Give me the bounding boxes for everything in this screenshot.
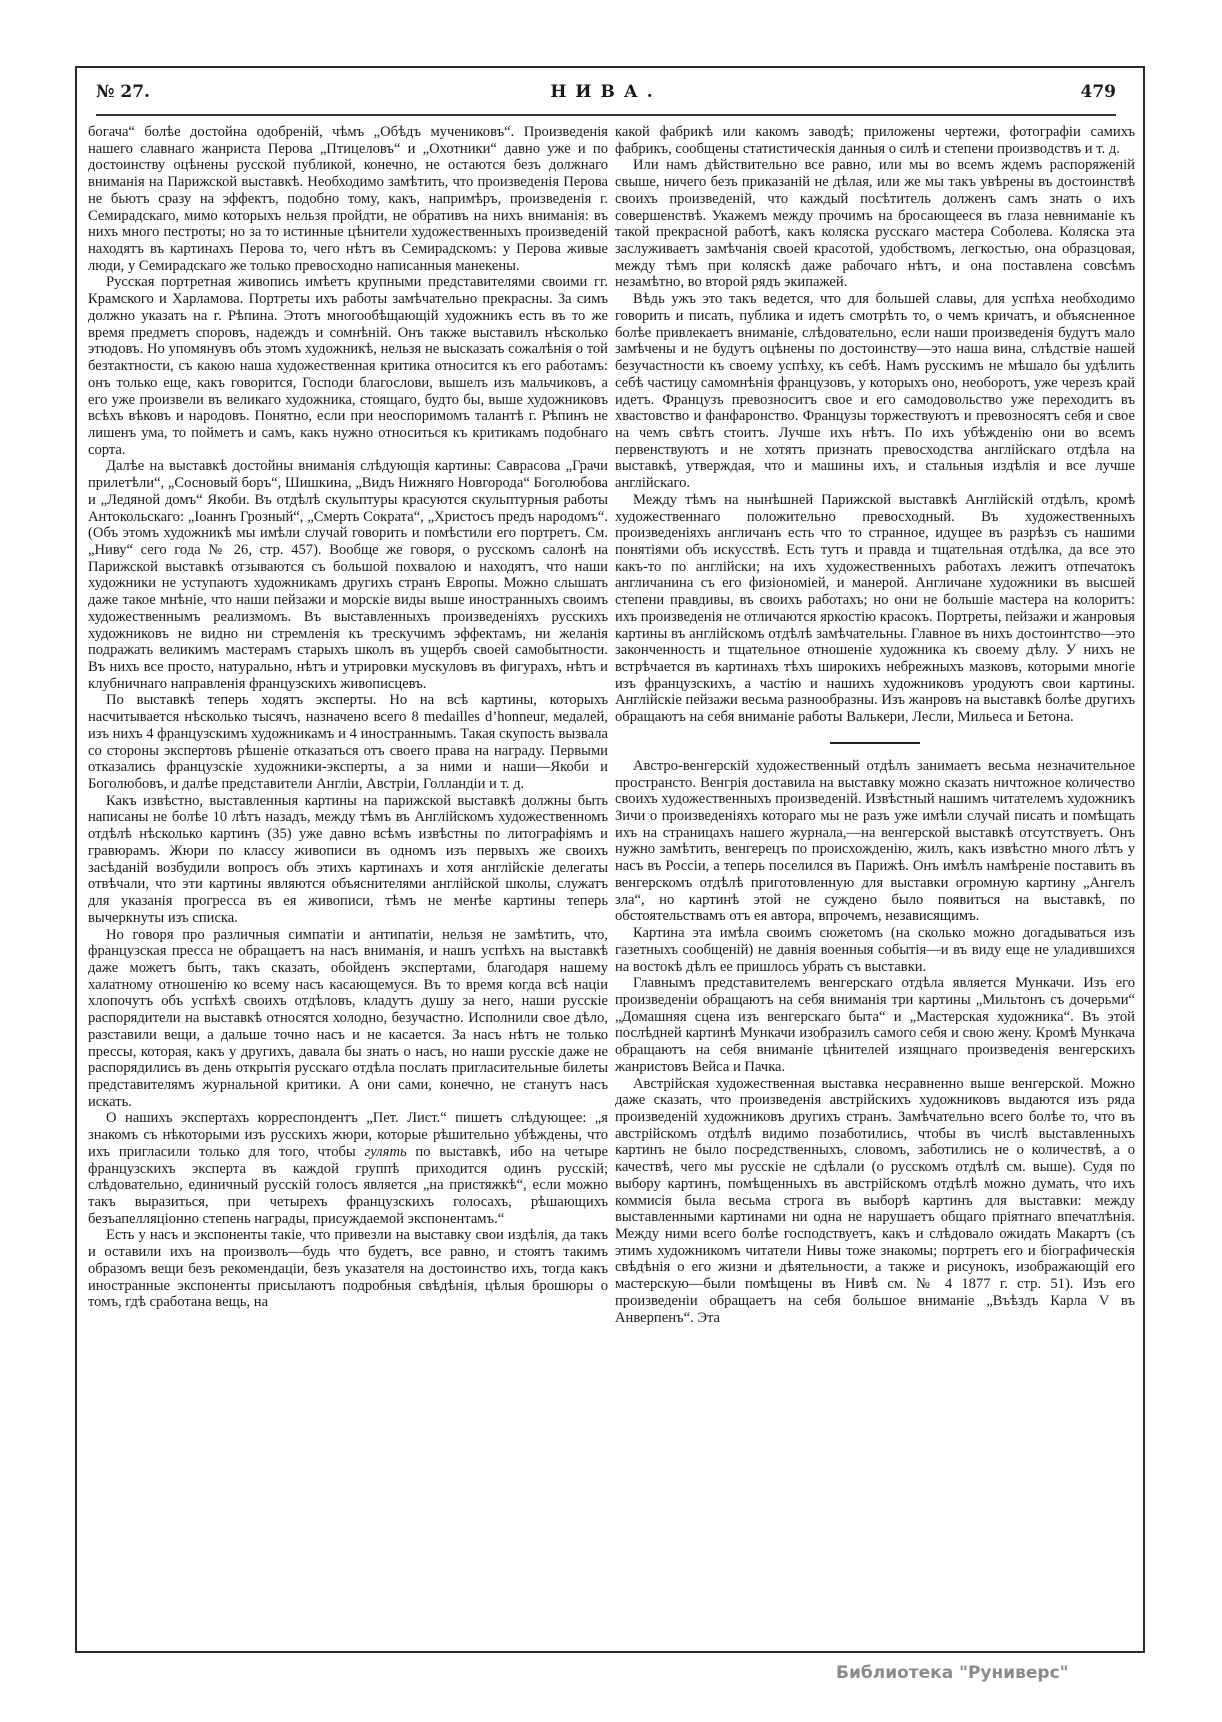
emphasized-word: гулять bbox=[365, 1144, 407, 1160]
paragraph: Вѣдь ужъ это такъ ведется, что для больш… bbox=[615, 291, 1135, 492]
paragraph: богача“ болѣе достойна одобреній, чѣмъ „… bbox=[88, 124, 608, 274]
paragraph: Далѣе на выставкѣ достойны вниманія слѣд… bbox=[88, 458, 608, 692]
left-column: богача“ болѣе достойна одобреній, чѣмъ „… bbox=[88, 124, 608, 1311]
paragraph: О нашихъ экспертахъ корреспондентъ „Пет.… bbox=[88, 1110, 608, 1227]
paragraph: Австрійская художественная выставка неср… bbox=[615, 1076, 1135, 1327]
paragraph: Между тѣмъ на нынѣшней Парижской выставк… bbox=[615, 492, 1135, 726]
magazine-title: НИВА. bbox=[96, 82, 1116, 102]
page-header: № 27. НИВА. 479 bbox=[96, 80, 1116, 108]
paragraph: По выставкѣ теперь ходятъ эксперты. Но н… bbox=[88, 692, 608, 792]
library-watermark: Библиотека "Руниверс" bbox=[836, 1663, 1069, 1683]
paragraph: Главнымъ представителемъ венгерскаго отд… bbox=[615, 975, 1135, 1075]
paragraph: Картина эта имѣла своимъ сюжетомъ (на ск… bbox=[615, 925, 1135, 975]
paragraph: Австро-венгерскій художественный отдѣлъ … bbox=[615, 758, 1135, 925]
right-column: какой фабрикѣ или какомъ заводѣ; приложе… bbox=[615, 124, 1135, 1326]
paragraph: Или намъ дѣйствительно все равно, или мы… bbox=[615, 157, 1135, 291]
paragraph: Есть у насъ и экспоненты такіе, что прив… bbox=[88, 1227, 608, 1311]
header-rule bbox=[96, 114, 1116, 116]
paragraph: Какъ извѣстно, выставленныя картины на п… bbox=[88, 793, 608, 927]
paragraph: какой фабрикѣ или какомъ заводѣ; приложе… bbox=[615, 124, 1135, 157]
section-separator bbox=[830, 742, 920, 744]
page-number: 479 bbox=[1081, 82, 1117, 102]
paragraph: Русская портретная живопись имѣетъ крупн… bbox=[88, 274, 608, 458]
paragraph: Но говоря про различныя симпатіи и антип… bbox=[88, 927, 608, 1111]
